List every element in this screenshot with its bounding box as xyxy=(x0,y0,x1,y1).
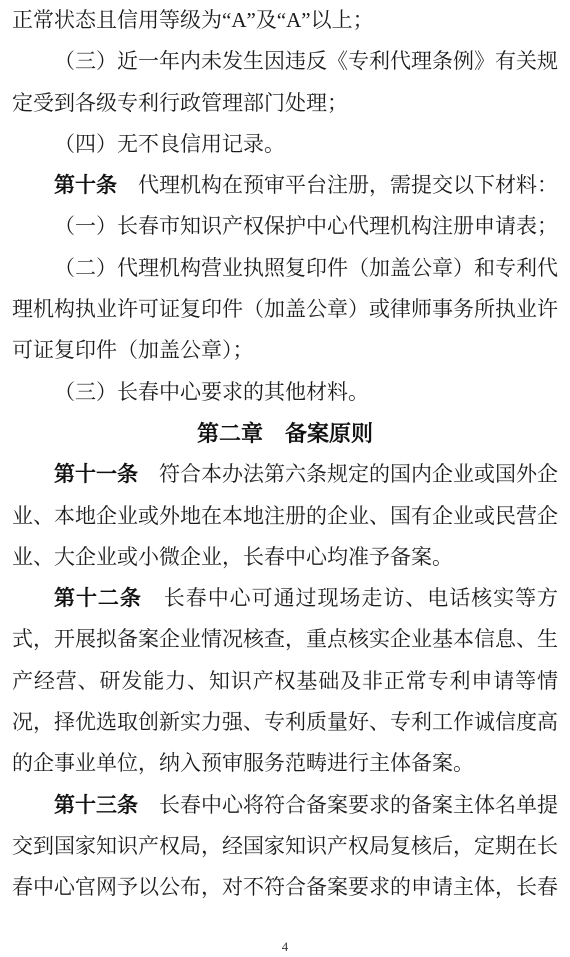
article-paragraph: 第十二条 长春中心可通过现场走访、电话核实等方式，开展拟备案企业情况核查，重点核… xyxy=(12,578,558,784)
article-paragraph: 第十一条 符合本办法第六条规定的国内企业或国外企业、本地企业或外地在本地注册的企… xyxy=(12,454,558,578)
paragraph: （三）近一年内未发生因违反《专利代理条例》有关规定受到各级专利行政管理部门处理； xyxy=(12,41,558,124)
paragraph: 正常状态且信用等级为“A”及“A”以上； xyxy=(12,0,558,41)
page-footer: 4 xyxy=(0,940,570,953)
article-number: 第十三条 xyxy=(54,794,138,817)
article-paragraph: 第十三条 长春中心将符合备案要求的备案主体名单提交到国家知识产权局，经国家知识产… xyxy=(12,785,558,909)
page-number: 4 xyxy=(282,939,289,954)
chapter-heading: 第二章 备案原则 xyxy=(12,413,558,454)
paragraph: （一）长春市知识产权保护中心代理机构注册申请表； xyxy=(12,206,558,247)
document-body: 正常状态且信用等级为“A”及“A”以上；（三）近一年内未发生因违反《专利代理条例… xyxy=(12,0,558,909)
paragraph: （三）长春中心要求的其他材料。 xyxy=(12,372,558,413)
article-number: 第十条 xyxy=(54,174,117,197)
paragraph: （二）代理机构营业执照复印件（加盖公章）和专利代理机构执业许可证复印件（加盖公章… xyxy=(12,248,558,372)
article-number: 第十二条 xyxy=(54,587,142,610)
paragraph: （四）无不良信用记录。 xyxy=(12,124,558,165)
article-number: 第十一条 xyxy=(54,463,138,486)
article-paragraph: 第十条 代理机构在预审平台注册，需提交以下材料： xyxy=(12,165,558,206)
document-page: 正常状态且信用等级为“A”及“A”以上；（三）近一年内未发生因违反《专利代理条例… xyxy=(0,0,570,957)
